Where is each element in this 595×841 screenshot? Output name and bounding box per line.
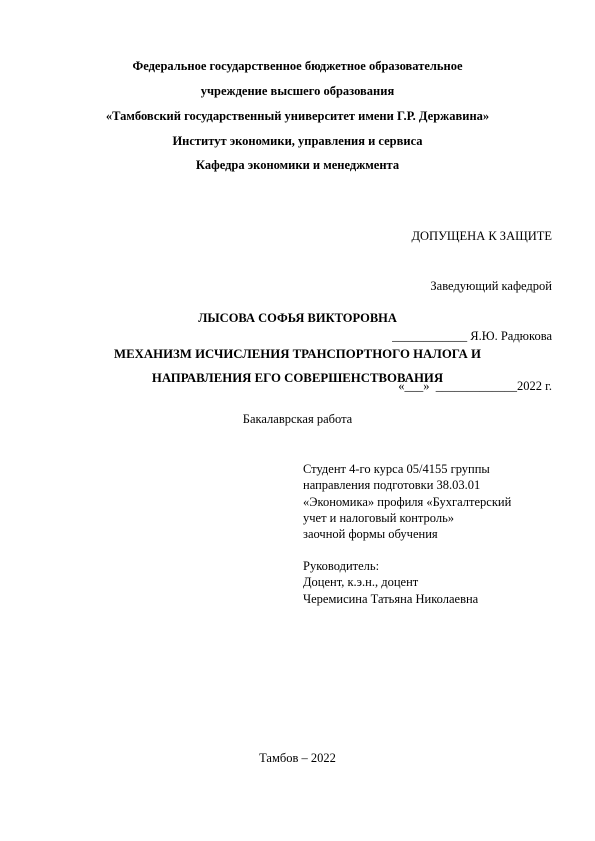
student-info-line: учет и налоговый контроль» [303,510,511,526]
student-info-line: заочной формы обучения [303,526,511,542]
approval-status: ДОПУЩЕНА К ЗАЩИТЕ [392,228,552,245]
header-university: «Тамбовский государственный университет … [0,109,595,123]
approval-position: Заведующий кафедрой [392,278,552,295]
student-info-line: Студент 4-го курса 05/4155 группы [303,461,511,477]
header-federal: Федеральное государственное бюджетное об… [0,59,595,73]
header-department: Кафедра экономики и менеджмента [0,158,595,172]
supervisor-name: Черемисина Татьяна Николаевна [303,591,478,607]
thesis-title-line-1: МЕХАНИЗМ ИСЧИСЛЕНИЯ ТРАНСПОРТНОГО НАЛОГА… [0,347,595,362]
header-institution-type: учреждение высшего образования [0,84,595,98]
author-name: ЛЫСОВА СОФЬЯ ВИКТОРОВНА [0,311,595,326]
work-type: Бакалаврская работа [0,412,595,427]
supervisor-title: Доцент, к.э.н., доцент [303,574,478,590]
student-info-line: «Экономика» профиля «Бухгалтерский [303,494,511,510]
document-page: Федеральное государственное бюджетное об… [0,0,595,841]
approval-signature: ____________ Я.Ю. Радюкова [392,328,552,345]
header-institute: Институт экономики, управления и сервиса [0,134,595,148]
student-info-line: направления подготовки 38.03.01 [303,477,511,493]
city-year: Тамбов – 2022 [0,751,595,766]
thesis-title-line-2: НАПРАВЛЕНИЯ ЕГО СОВЕРШЕНСТВОВАНИЯ [0,371,595,386]
supervisor-label: Руководитель: [303,558,478,574]
student-info: Студент 4-го курса 05/4155 группы направ… [303,461,511,542]
supervisor-info: Руководитель: Доцент, к.э.н., доцент Чер… [303,558,478,607]
